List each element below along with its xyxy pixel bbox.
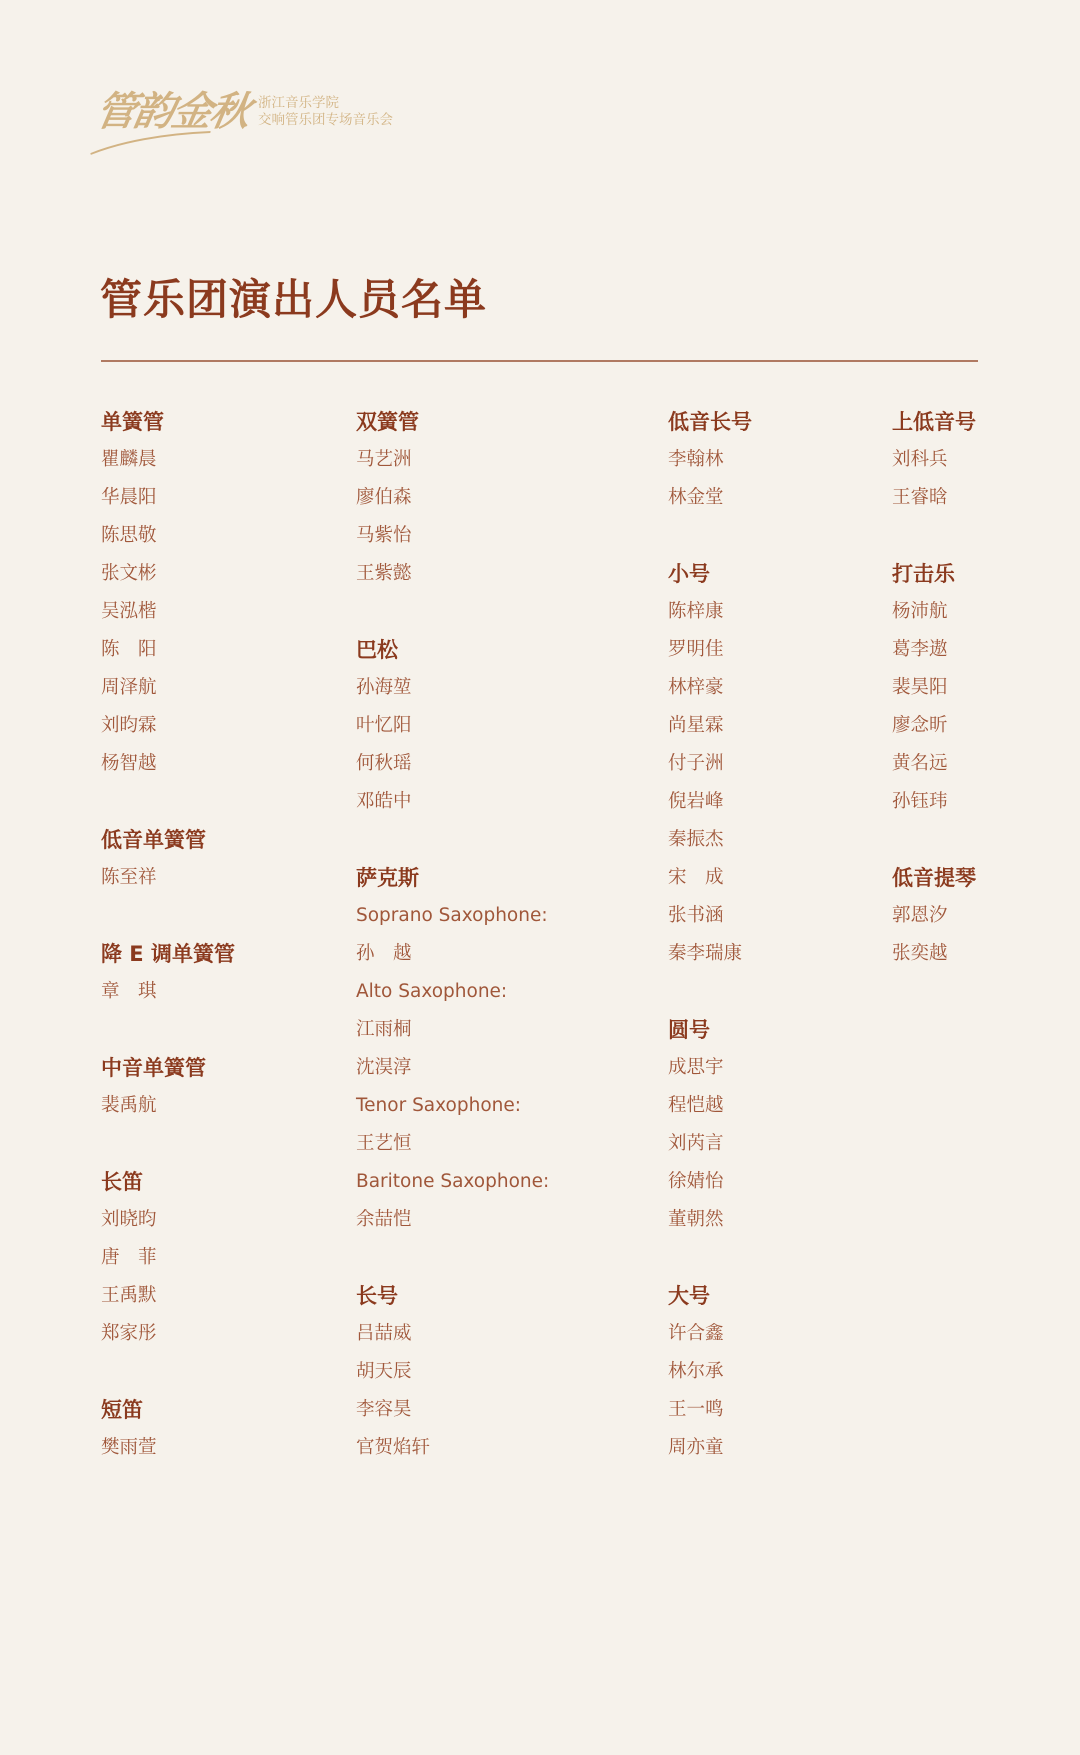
performer-name: 刘科兵 <box>892 441 948 479</box>
section-heading: 小号 <box>668 555 710 593</box>
section-heading: 低音单簧管 <box>101 821 206 859</box>
performer-name: 何秋瑶 <box>356 745 412 783</box>
performer-name: 林金堂 <box>668 479 724 517</box>
divider <box>101 360 978 362</box>
performer-name: 余喆恺 <box>356 1201 412 1239</box>
section-heading: 长笛 <box>101 1163 143 1201</box>
performer-name: 倪岩峰 <box>668 783 724 821</box>
section-heading: 大号 <box>668 1277 710 1315</box>
instrument-subheading: Tenor Saxophone: <box>356 1087 521 1125</box>
performer-name: 王禹默 <box>101 1277 157 1315</box>
section-heading: 萨克斯 <box>356 859 419 897</box>
performer-name: 程恺越 <box>668 1087 724 1125</box>
performer-name: 张奕越 <box>892 935 948 973</box>
performer-name: 李翰林 <box>668 441 724 479</box>
performer-name: 杨沛航 <box>892 593 948 631</box>
performer-name: 秦李瑞康 <box>668 935 742 973</box>
performer-name: 孙 越 <box>356 935 412 973</box>
performer-name: 裴昊阳 <box>892 669 948 707</box>
performer-name: 章 琪 <box>101 973 157 1011</box>
performer-name: 邓皓中 <box>356 783 412 821</box>
performer-name: 官贺焰轩 <box>356 1429 430 1467</box>
section-heading: 长号 <box>356 1277 398 1315</box>
logo-calligraphy: 管韵金秋 <box>92 92 251 132</box>
performer-name: 陈 阳 <box>101 631 157 669</box>
logo-line-1: 浙江音乐学院 <box>258 95 393 112</box>
performer-name: 马紫怡 <box>356 517 412 555</box>
performer-name: 成思宇 <box>668 1049 724 1087</box>
logo-subtitle: 浙江音乐学院 交响管乐团专场音乐会 <box>258 95 393 129</box>
section-heading: 中音单簧管 <box>101 1049 206 1087</box>
performer-name: 王艺恒 <box>356 1125 412 1163</box>
performer-name: 尚星霖 <box>668 707 724 745</box>
logo-line-2: 交响管乐团专场音乐会 <box>258 112 393 129</box>
performer-name: 郭恩汐 <box>892 897 948 935</box>
performer-name: 陈思敬 <box>101 517 157 555</box>
performer-name: 王睿晗 <box>892 479 948 517</box>
section-heading: 低音提琴 <box>892 859 976 897</box>
instrument-subheading: Baritone Saxophone: <box>356 1163 549 1201</box>
performer-name: 陈至祥 <box>101 859 157 897</box>
instrument-subheading: Alto Saxophone: <box>356 973 507 1011</box>
performer-name: 瞿麟晨 <box>101 441 157 479</box>
performer-name: 张文彬 <box>101 555 157 593</box>
performer-name: 叶忆阳 <box>356 707 412 745</box>
performer-name: 吕喆威 <box>356 1315 412 1353</box>
performer-name: 刘芮言 <box>668 1125 724 1163</box>
performer-name: 胡天辰 <box>356 1353 412 1391</box>
section-heading: 单簧管 <box>101 403 164 441</box>
performer-name: 孙海堃 <box>356 669 412 707</box>
performer-name: 董朝然 <box>668 1201 724 1239</box>
performer-name: 裴禹航 <box>101 1087 157 1125</box>
performer-name: 宋 成 <box>668 859 724 897</box>
performer-name: 孙钰玮 <box>892 783 948 821</box>
performer-name: 许合鑫 <box>668 1315 724 1353</box>
swoosh-icon <box>88 130 213 156</box>
section-heading: 巴松 <box>356 631 398 669</box>
concert-logo: 管韵金秋 浙江音乐学院 交响管乐团专场音乐会 <box>96 80 393 144</box>
instrument-subheading: Soprano Saxophone: <box>356 897 548 935</box>
section-heading: 低音长号 <box>668 403 752 441</box>
performer-name: 付子洲 <box>668 745 724 783</box>
performer-name: 刘昀霖 <box>101 707 157 745</box>
section-heading: 短笛 <box>101 1391 143 1429</box>
performer-name: 刘晓昀 <box>101 1201 157 1239</box>
performer-name: 樊雨萱 <box>101 1429 157 1467</box>
performer-name: 廖念昕 <box>892 707 948 745</box>
page-title: 管乐团演出人员名单 <box>100 272 487 328</box>
performer-name: 马艺洲 <box>356 441 412 479</box>
performer-name: 沈淏淳 <box>356 1049 412 1087</box>
performer-name: 华晨阳 <box>101 479 157 517</box>
performer-name: 王一鸣 <box>668 1391 724 1429</box>
performer-name: 张书涵 <box>668 897 724 935</box>
performer-name: 王紫懿 <box>356 555 412 593</box>
performer-name: 徐婧怡 <box>668 1163 724 1201</box>
performer-name: 李容昊 <box>356 1391 412 1429</box>
performer-name: 秦振杰 <box>668 821 724 859</box>
performer-name: 周泽航 <box>101 669 157 707</box>
performer-name: 葛李遨 <box>892 631 948 669</box>
performer-name: 罗明佳 <box>668 631 724 669</box>
performer-name: 郑家彤 <box>101 1315 157 1353</box>
performer-name: 廖伯森 <box>356 479 412 517</box>
performer-name: 林梓豪 <box>668 669 724 707</box>
performer-name: 周亦童 <box>668 1429 724 1467</box>
performer-name: 黄名远 <box>892 745 948 783</box>
section-heading: 上低音号 <box>892 403 976 441</box>
section-heading: 打击乐 <box>892 555 955 593</box>
performer-name: 唐 菲 <box>101 1239 157 1277</box>
section-heading: 降 E 调单簧管 <box>101 935 235 973</box>
performer-name: 林尔承 <box>668 1353 724 1391</box>
section-heading: 双簧管 <box>356 403 419 441</box>
performer-name: 吴泓楷 <box>101 593 157 631</box>
logo-mark-text: 管韵金秋 <box>92 88 252 135</box>
performer-name: 江雨桐 <box>356 1011 412 1049</box>
performer-name: 杨智越 <box>101 745 157 783</box>
section-heading: 圆号 <box>668 1011 710 1049</box>
performer-name: 陈梓康 <box>668 593 724 631</box>
